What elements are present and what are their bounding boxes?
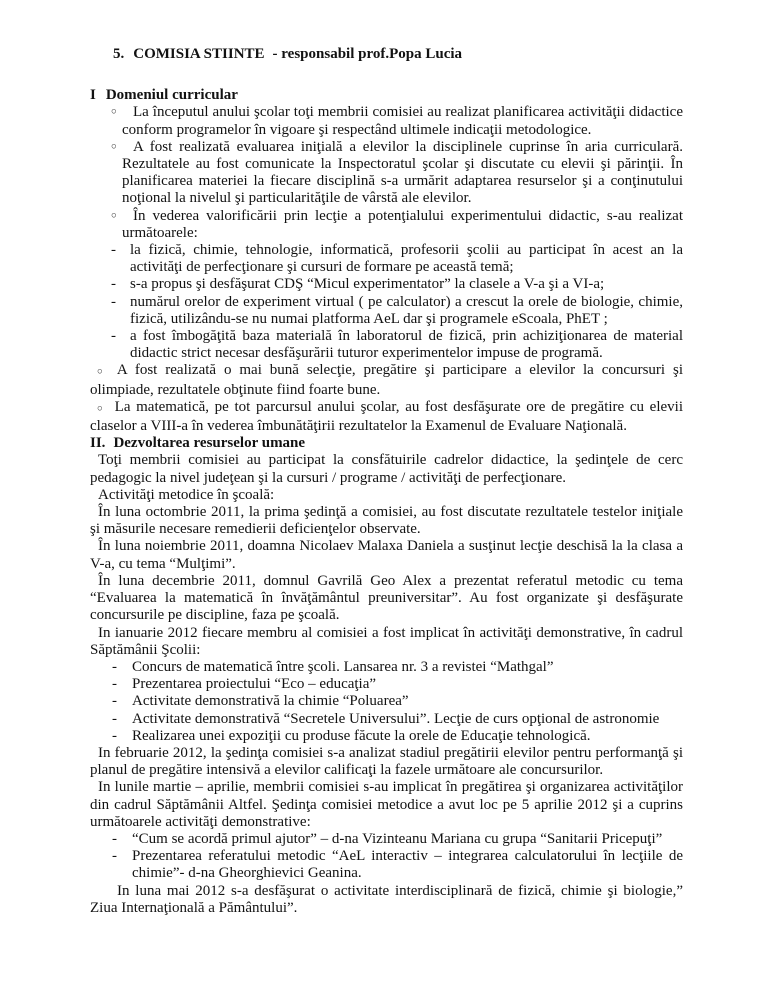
list-item: -Activitate demonstrativă la chimie “Pol… — [90, 693, 683, 710]
list-item-text: Prezentarea referatului metodic “AeL int… — [132, 848, 683, 881]
paragraph: In lunile martie – aprilie, membrii comi… — [90, 779, 683, 831]
document-page: 5.COMISIA STIINTE- responsabil prof.Popa… — [0, 0, 768, 994]
paragraph: In ianuarie 2012 fiecare membru al comis… — [90, 625, 683, 659]
document-title-name: COMISIA STIINTE — [133, 46, 264, 62]
section-resurse-numeral: II. — [90, 435, 105, 451]
list-item-text: În vederea valorificării prin lecţie a p… — [122, 208, 683, 241]
list-item-text: A fost realizată o mai bună selecţie, pr… — [90, 362, 683, 397]
list-item: -Activitate demonstrativă “Secretele Uni… — [90, 711, 683, 728]
paragraph: In luna mai 2012 s-a desfăşurat o activi… — [90, 883, 683, 917]
document-title-suffix: - responsabil prof.Popa Lucia — [273, 46, 462, 62]
circle-bullet-icon: ○ — [97, 404, 105, 414]
paragraph: În luna octombrie 2011, la prima şedinţă… — [90, 504, 683, 538]
list-item: -a fost îmbogăţită baza materială în lab… — [90, 328, 683, 362]
list-item: -s-a propus şi desfăşurat CDŞ “Micul exp… — [90, 276, 683, 293]
dash-bullet-icon: - — [112, 711, 117, 728]
list-item: -Prezentarea proiectului “Eco – educaţia… — [90, 676, 683, 693]
circle-bullet-icon: ○ — [111, 139, 117, 156]
list-item: -“Cum se acordă primul ajutor” – d-na Vi… — [90, 831, 683, 848]
list-item: -Concurs de matematică între şcoli. Lans… — [90, 659, 683, 676]
list-item-text: Concurs de matematică între şcoli. Lansa… — [132, 659, 554, 675]
dash-bullet-icon: - — [111, 328, 116, 345]
paragraph: Toţi membrii comisiei au participat la c… — [90, 452, 683, 486]
paragraph: În luna decembrie 2011, domnul Gavrilă G… — [90, 573, 683, 625]
dash-bullet-icon: - — [112, 693, 117, 710]
list-item: -Prezentarea referatului metodic “AeL in… — [90, 848, 683, 882]
list-item-text: a fost îmbogăţită baza materială în labo… — [130, 328, 683, 361]
section-resurse-title: Dezvoltarea resurselor umane — [113, 435, 305, 451]
dash-bullet-icon: - — [111, 294, 116, 311]
dash-bullet-icon: - — [112, 831, 117, 848]
dash-bullet-icon: - — [111, 276, 116, 293]
list-item: ○La matematică, pe tot parcursul anului … — [90, 399, 683, 435]
paragraph: În luna noiembrie 2011, doamna Nicolaev … — [90, 538, 683, 572]
section-curricular-title: Domeniul curricular — [106, 87, 238, 103]
list-item-text: La începutul anului şcolar toţi membrii … — [122, 104, 683, 137]
list-item-text: Activitate demonstrativă “Secretele Univ… — [132, 711, 659, 727]
circle-bullet-icon: ○ — [111, 208, 117, 225]
dash-bullet-icon: - — [112, 659, 117, 676]
list-item: ○La începutul anului şcolar toţi membrii… — [90, 104, 683, 138]
section-curricular-numeral: I — [90, 87, 96, 103]
list-item-text: “Cum se acordă primul ajutor” – d-na Viz… — [132, 831, 662, 847]
list-item-text: la fizică, chimie, tehnologie, informati… — [130, 242, 683, 275]
document-title: 5.COMISIA STIINTE- responsabil prof.Popa… — [113, 46, 683, 63]
paragraph: Activităţi metodice în şcoală: — [90, 487, 683, 504]
list-item: ○În vederea valorificării prin lecţie a … — [90, 208, 683, 242]
paragraph: In februarie 2012, la şedinţa comisiei s… — [90, 745, 683, 779]
list-item: ○A fost realizată o mai bună selecţie, p… — [90, 362, 683, 398]
list-item: -la fizică, chimie, tehnologie, informat… — [90, 242, 683, 276]
list-item-text: numărul orelor de experiment virtual ( p… — [130, 294, 683, 327]
list-item-text: Prezentarea proiectului “Eco – educaţia” — [132, 676, 376, 692]
list-item-text: s-a propus şi desfăşurat CDŞ “Micul expe… — [130, 276, 604, 292]
dash-bullet-icon: - — [112, 676, 117, 693]
dash-bullet-icon: - — [112, 728, 117, 745]
list-item-text: Realizarea unei expoziţii cu produse făc… — [132, 728, 591, 744]
document-title-number: 5. — [113, 46, 124, 62]
list-item-text: A fost realizată evaluarea iniţială a el… — [122, 139, 683, 207]
section-resurse-heading: II.Dezvoltarea resurselor umane — [90, 435, 683, 452]
section-curricular-heading: IDomeniul curricular — [90, 87, 683, 104]
list-item-text: Activitate demonstrativă la chimie “Polu… — [132, 693, 409, 709]
circle-bullet-icon: ○ — [111, 104, 117, 121]
list-item: ○A fost realizată evaluarea iniţială a e… — [90, 139, 683, 208]
dash-bullet-icon: - — [111, 242, 116, 259]
list-item-text: La matematică, pe tot parcursul anului ş… — [90, 399, 683, 434]
circle-bullet-icon: ○ — [97, 367, 107, 377]
dash-bullet-icon: - — [112, 848, 117, 865]
list-item: -numărul orelor de experiment virtual ( … — [90, 294, 683, 328]
list-item: -Realizarea unei expoziţii cu produse fă… — [90, 728, 683, 745]
